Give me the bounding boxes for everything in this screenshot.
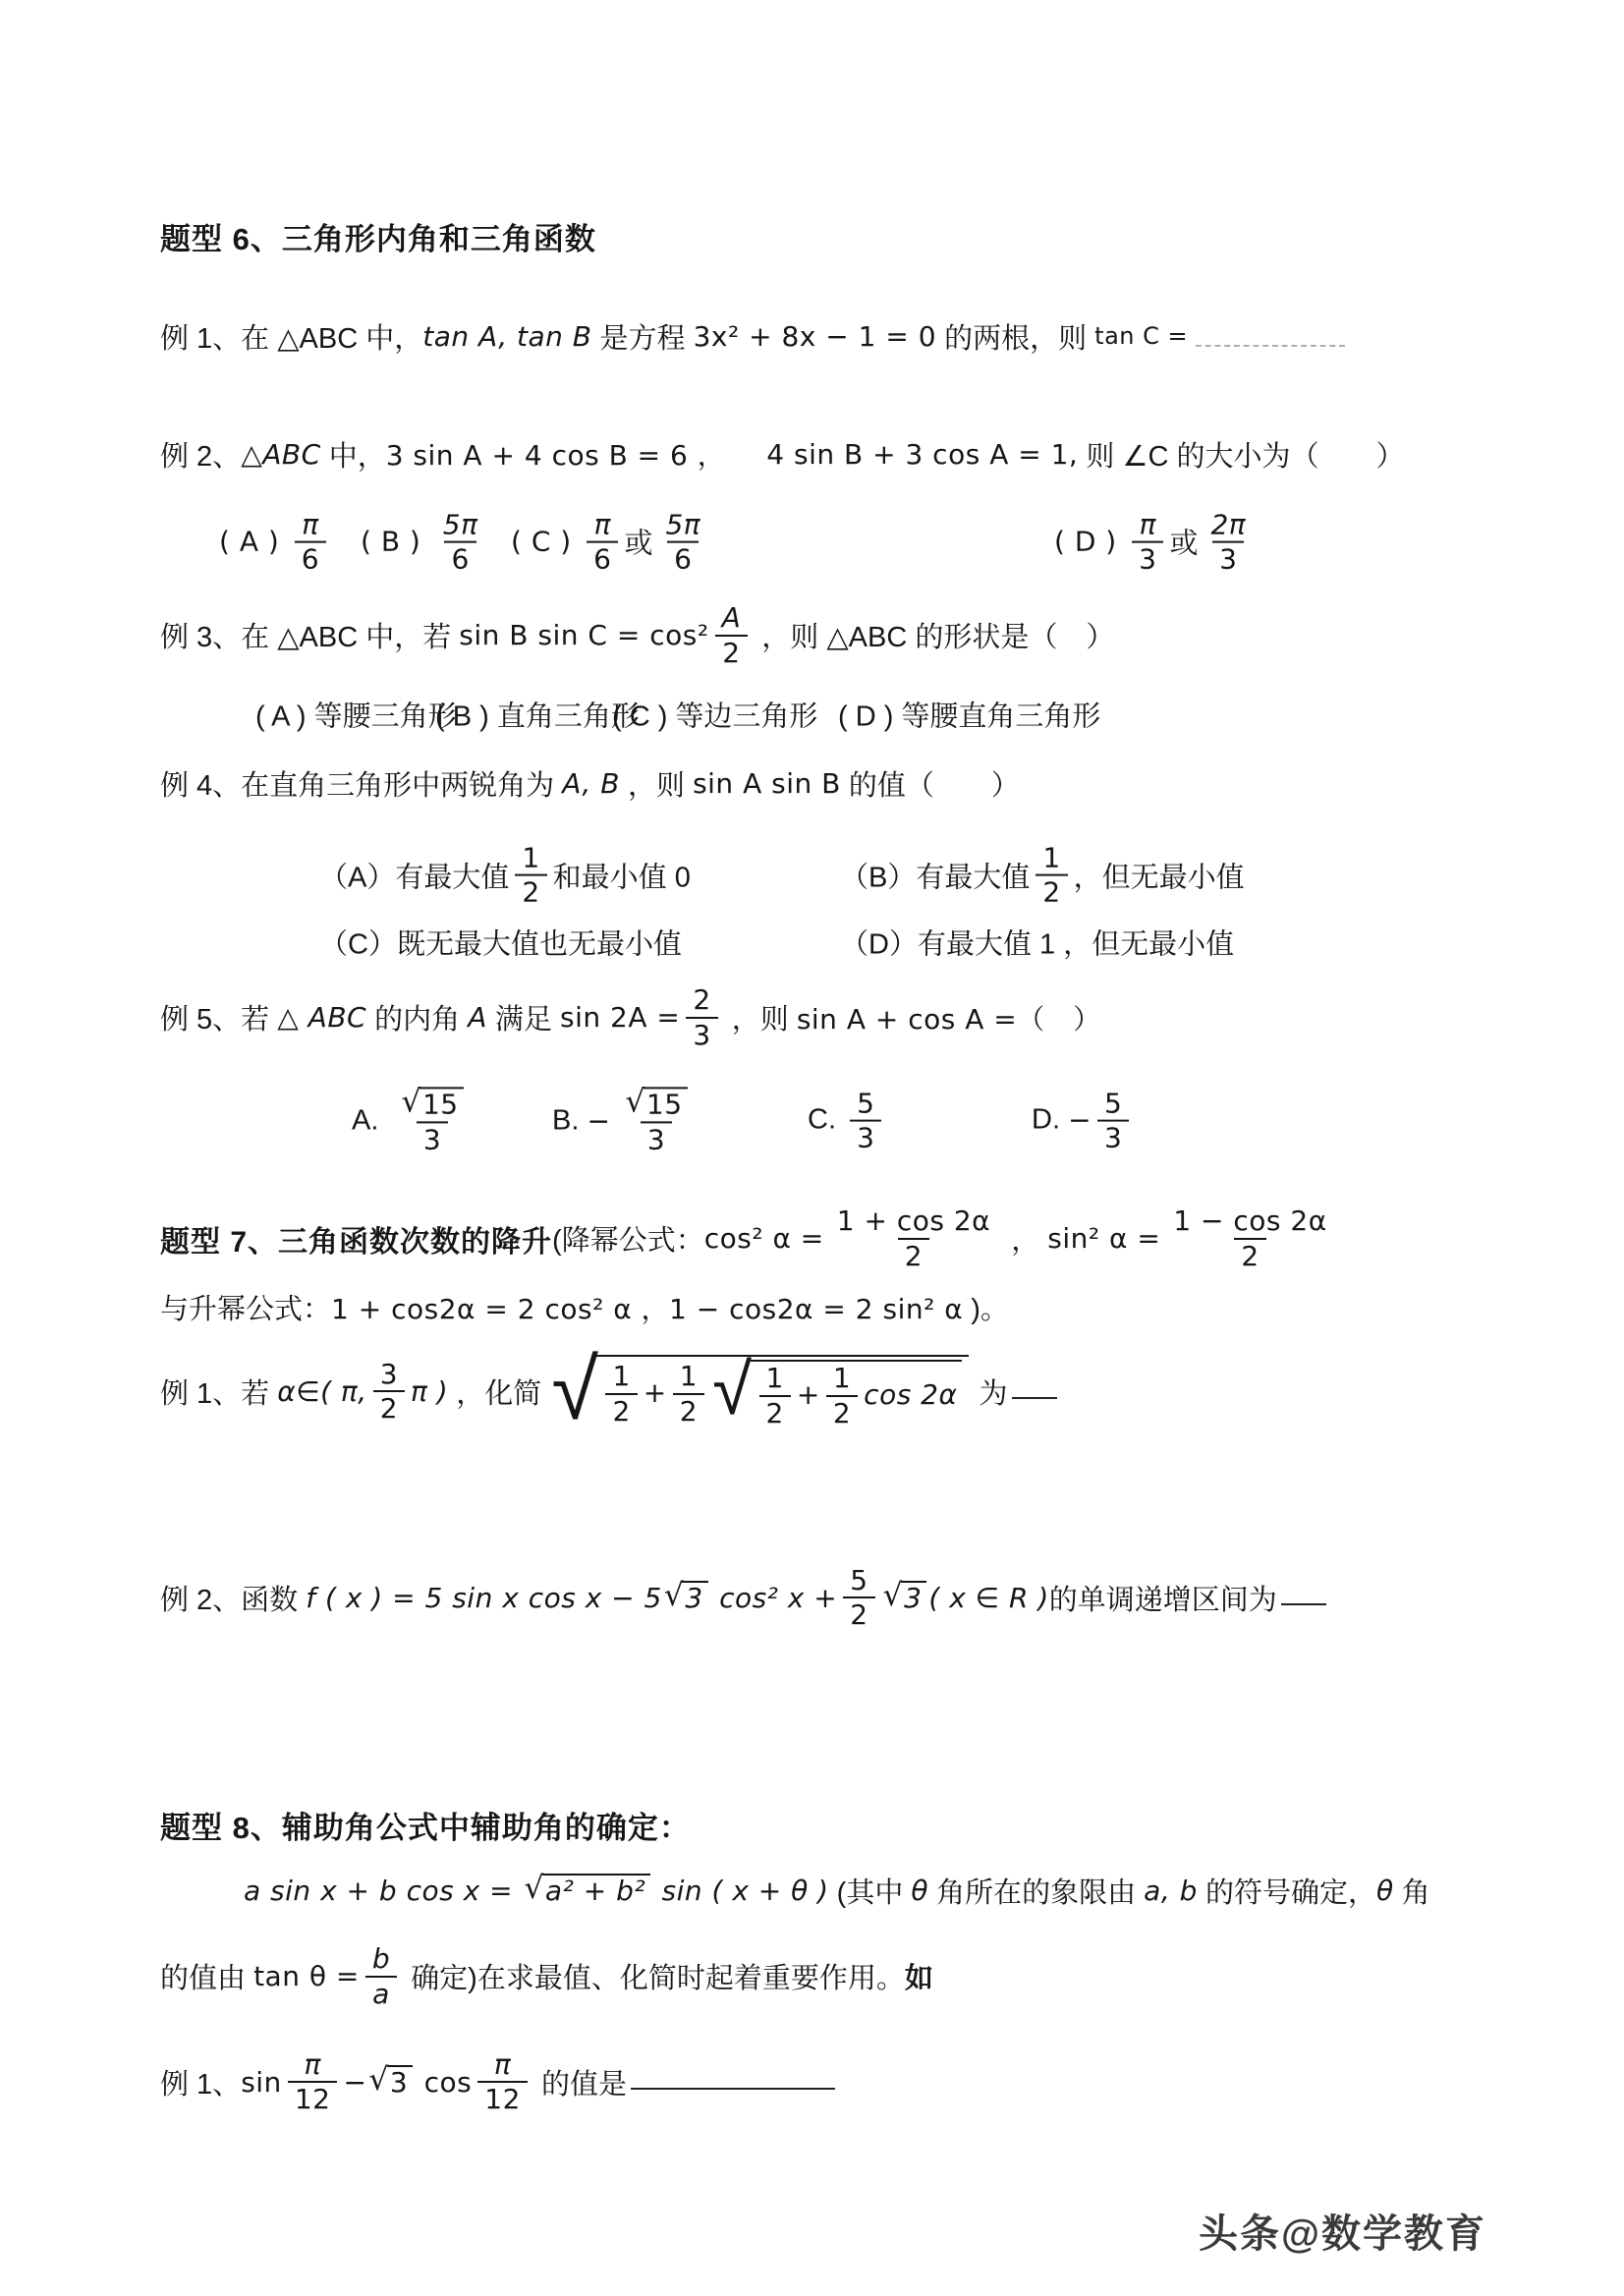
watermark-text: 头条@数学教育 [1199,2212,1486,2256]
option-label: ( C ) [511,526,581,558]
t7-ex2-text2: 的单调递增区间为 [1049,1578,1277,1618]
fraction: π6 [295,510,326,574]
fraction: 12 [1036,844,1067,908]
fraction: 53 [850,1089,881,1152]
fraction: π12 [288,2050,338,2114]
option-label: ( D ) [1054,526,1126,558]
fraction: A2 [715,603,749,667]
t6-ex3-eq: sin B sin C = cos² [459,619,708,651]
t6-ex2-text2: 中， [321,434,386,475]
t7-ex2-fx: f ( x ) = 5 sin x cos x − 5 [306,1582,662,1614]
t6-ex4-options-row1: （A）有最大值 12 和最小值 0 （B）有最大值 12 ，但无最小值 [160,832,1516,919]
t8-line2: 的值由 tan θ =ba 确定)在求最值、化简时起着重要作用。如 [160,1930,1516,2023]
option-text: ，但无最小值 [1074,856,1245,896]
sqrt: √3 [368,2065,413,2099]
fraction: 12 [515,844,546,908]
t6-ex2-options: ( A ) π6 ( B ) 5π6 ( C ) π6 或 5π6 ( D ) … [160,495,1516,588]
t8-text2: 角所在的象限由 [928,1871,1144,1911]
t6-ex5-option-d: D. − 53 [1032,1089,1135,1152]
t8-formula-lhs: a sin x + b cos x = [244,1875,522,1907]
fraction: π3 [1132,510,1163,574]
theta2: θ [1376,1875,1394,1907]
outer-sqrt: √12+12√12+12cos 2α [551,1355,969,1428]
t6-ex4-angles: A, B [562,767,620,800]
topic8-heading: 题型 8、辅助角公式中辅助角的确定： [160,1809,1516,1848]
t6-ex5-text4: ，则 [724,997,797,1037]
t6-ex3-text2: ，则 △ABC 的形状是（ ） [754,615,1114,655]
t7-ex1-interval2: π ) [411,1375,448,1408]
t6-ex5-options: A. √153 B. − √153 C. 53 D. − 53 [160,1074,1516,1167]
plus-sign: + [797,1380,820,1411]
t6-ex2-option-a: ( A ) π6 [219,510,332,574]
theta: θ [911,1875,928,1907]
t6-ex4-options-row2: （C）既无最大值也无最小值 （D）有最大值 1 ，但无最小值 [160,919,1516,966]
sqrt: √15 [625,1087,687,1120]
t6-ex4-eq: sin A sin B [693,767,841,800]
t6-ex5-option-c: C. 53 [808,1089,887,1152]
t6-ex4-option-b: （B）有最大值 12 ，但无最小值 [840,844,1245,908]
t6-ex2: 例 2、△ABC 中，3 sin A + 4 cos B = 6 ，4 sin … [160,434,1516,474]
t6-ex5-text3: 满足 [487,997,560,1037]
plus-sign: + [644,1378,667,1409]
t8-ex1: 例 1、sinπ12−√3 cosπ12 的值是 [160,2033,1516,2131]
option-text: 和最小值 0 [553,856,691,896]
option-label: A. [352,1104,386,1137]
t6-ex5-text: 例 5、若 [160,997,277,1037]
t8-text: (其中 [829,1871,912,1911]
t6-ex4-option-a: （A）有最大值 12 和最小值 0 [319,844,691,908]
t6-ex5: 例 5、若 △ ABC 的内角 A 满足 sin 2A =23 ，则 sin A… [160,971,1516,1064]
t6-ex4-text: 例 4、在直角三角形中两锐角为 [160,763,562,804]
t8-formula-rhs: sin ( x + θ ) [652,1875,829,1907]
t7-ex1: 例 1、若 α∈( π,32π ) ，化简 √12+12√12+12cos 2α… [160,1337,1516,1445]
t6-ex1-text: 例 1、在 △ABC 中， [160,316,422,357]
t7-ex1-answer-blank [1012,1383,1057,1399]
t6-ex1-answer-blank [1196,325,1345,347]
worksheet-page: 题型 6、三角形内角和三角函数 例 1、在 △ABC 中，tan A, tan … [0,0,1624,2131]
t7-ex2-text: 例 2、函数 [160,1578,306,1618]
t7-ex1-interval: α∈( π, [277,1375,366,1408]
sqrt: √a² + b² [524,1874,650,1907]
option-label: D. [1032,1104,1068,1137]
fraction: 23 [686,985,717,1049]
minus-sign: − [587,1104,610,1137]
t6-ex4-text2: ，则 [620,763,693,804]
t7-ex2: 例 2、函数 f ( x ) = 5 sin x cos x − 5√3 cos… [160,1548,1516,1647]
fraction: √153 [392,1087,472,1154]
fraction: π12 [477,2050,528,2114]
t6-ex1-tanc: tan C = [1094,322,1188,350]
t6-ex3-option-c: ( C ) 等边三角形 [612,694,817,734]
t7-comma: ， [1003,1218,1047,1259]
t8-line2-text2: 确定)在求最值、化简时起着重要作用。 [403,1956,905,1996]
t6-ex2-eq1: 3 sin A + 4 cos B = 6 ， [386,434,726,474]
t6-ex2-option-b: ( B ) 5π6 [361,510,490,574]
t6-ex5-option-b: B. − √153 [552,1087,702,1154]
t7-ex1-text: 例 1、若 [160,1372,277,1412]
t6-ex5-eq: sin 2A = [560,1001,680,1034]
t6-ex3: 例 3、在 △ABC 中，若 sin B sin C = cos²A2 ，则 △… [160,588,1516,682]
t6-ex4-option-d: （D）有最大值 1 ，但无最小值 [840,923,1234,963]
t6-ex1-equation: 3x² + 8x − 1 = 0 [694,320,936,353]
fraction: π6 [587,510,618,574]
t6-ex3-text: 例 3、在 △ABC 中，若 [160,615,459,655]
t6-ex5-eq2: sin A + cos A =（ ） [797,998,1101,1037]
cos-term: cos 2α [864,1380,957,1411]
cos-fn: cos [415,2066,472,2099]
fraction: 12 [673,1362,704,1426]
option-label: B. [552,1104,587,1137]
fraction: 12 [826,1364,858,1428]
t6-ex2-text: 例 2、 [160,434,241,475]
t8-tan-theta: tan θ = [253,1960,360,1992]
sqrt: √15 [401,1087,463,1120]
t7-ex1-text2: ，化简 [448,1372,549,1412]
t6-ex2-triangle: △ABC [241,438,320,471]
t8-text4: 角 [1394,1871,1430,1911]
option-label: C. [808,1104,844,1137]
t8-formula: a sin x + b cos x = √a² + b² sin ( x + θ… [244,1856,1516,1925]
t6-ex3-option-b: ( B ) 直角三角形 [435,694,640,734]
t6-ex5-angle: A [468,1001,487,1034]
t6-ex2-eq2: 4 sin B + 3 cos A = 1, [766,438,1078,471]
t6-ex3-options: ( A ) 等腰三角形 ( B ) 直角三角形 ( C ) 等边三角形 ( D … [160,692,1516,736]
option-label: ( B ) [361,526,430,558]
t7-ex2-domain: ( x ∈ R ) [928,1582,1048,1614]
fraction: 1 − cos 2α2 [1166,1206,1333,1270]
or-text: 或 [1169,522,1198,562]
t6-ex5-option-a: A. √153 [352,1087,478,1154]
fraction: 12 [759,1364,791,1428]
t6-ex1-text3: 的两根，则 [936,316,1094,357]
t7-line2-text: 与升幂公式： [160,1287,331,1327]
inner-sqrt: √12+12cos 2α [712,1360,962,1428]
or-text: 或 [624,522,652,562]
t8-ex1-text2: 的值是 [533,2062,627,2102]
t7-ex1-text3: 为 [971,1372,1007,1412]
t6-ex2-text3: 则 ∠C 的大小为（ ） [1078,434,1404,475]
t8-line2-text: 的值由 [160,1956,253,1996]
t7-line2-formula: 1 + cos2α = 2 cos² α ，1 − cos2α = 2 sin²… [331,1288,963,1327]
topic7-heading: 题型 7、三角函数次数的降升 [160,1217,552,1260]
fraction: √153 [616,1087,696,1154]
t6-ex1-text2: 是方程 [591,316,693,357]
sqrt: √3 [664,1581,708,1614]
t7-ex2-cos2: cos² x + [710,1582,838,1614]
minus-sign: − [1068,1104,1092,1137]
t6-ex4: 例 4、在直角三角形中两锐角为 A, B ，则 sin A sin B 的值（ … [160,763,1516,803]
topic7-line2: 与升幂公式：1 + cos2α = 2 cos² α ，1 − cos2α = … [160,1285,1516,1329]
fraction: ba [365,1944,397,2008]
fraction: 1 + cos 2α2 [830,1206,997,1270]
ab-vars: a, b [1144,1875,1198,1907]
t6-ex4-option-c: （C）既无最大值也无最小值 [319,923,682,963]
minus-sign: − [343,2066,366,2099]
t6-ex2-option-d: ( D ) π3 或 2π3 [1054,510,1259,574]
fraction: 53 [1097,1089,1129,1152]
topic6-heading: 题型 6、三角形内角和三角函数 [160,224,1516,255]
t7-formula2: sin² α = [1047,1222,1160,1255]
t7-ex2-answer-blank [1281,1590,1326,1605]
t6-ex1: 例 1、在 △ABC 中，tan A, tan B 是方程 3x² + 8x −… [160,316,1516,356]
t6-ex3-option-a: ( A ) 等腰三角形 [255,694,457,734]
fraction: 52 [843,1566,874,1630]
fraction: 5π6 [436,510,485,574]
topic7-heading-line: 题型 7、三角函数次数的降升(降幂公式：cos² α =1 + cos 2α2 … [160,1192,1516,1285]
t6-ex5-text2: 的内角 [366,997,468,1037]
t7-formula1: cos² α = [704,1222,824,1255]
t8-text3: 的符号确定， [1198,1871,1376,1911]
fraction: 5π6 [658,510,707,574]
option-text: （B）有最大值 [840,856,1030,896]
option-text: （A）有最大值 [319,856,509,896]
fraction: 2π3 [1204,510,1253,574]
fraction: 12 [605,1362,637,1426]
watermark: 头条@数学教育 [1199,2203,1486,2259]
t6-ex1-math-tan: tan A, tan B [422,320,591,353]
t6-ex3-option-d: ( D ) 等腰直角三角形 [838,694,1100,734]
t8-line2-bold: 如 [905,1956,933,1996]
t7-line2-close: )。 [963,1287,1009,1327]
t6-ex4-text3: 的值（ ） [841,763,1020,804]
t6-ex2-option-c: ( C ) π6 或 5π6 [511,510,713,574]
sqrt: √3 [883,1581,927,1614]
t8-ex1-text: 例 1、 [160,2062,241,2102]
t6-ex5-triangle: △ ABC [277,1001,366,1034]
option-label: ( A ) [219,526,289,558]
t8-ex1-answer-blank [631,2074,835,2090]
fraction: 32 [373,1360,405,1424]
sin-fn: sin [241,2066,282,2099]
t7-text: (降幂公式： [552,1218,704,1259]
